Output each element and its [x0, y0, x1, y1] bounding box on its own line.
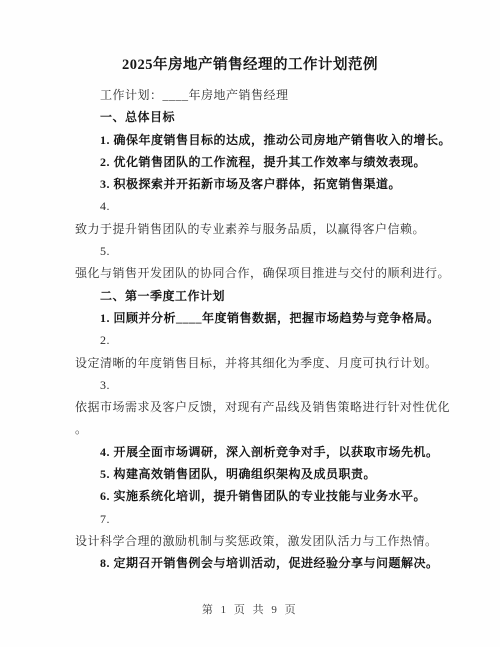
document-line: 4. 开展全面市场调研，深入剖析竞争对手，以获取市场先机。	[75, 441, 425, 463]
document-line: 一、总体目标	[75, 106, 425, 128]
document-line: 2.	[75, 329, 425, 351]
document-line: 强化与销售开发团队的协同合作，确保项目推进与交付的顺利进行。	[75, 262, 425, 284]
document-line: 5. 构建高效销售团队，明确组织架构及成员职责。	[75, 463, 425, 485]
document-body: 工作计划：____年房地产销售经理一、总体目标1. 确保年度销售目标的达成，推动…	[75, 84, 425, 575]
document-line: 1. 确保年度销售目标的达成，推动公司房地产销售收入的增长。	[75, 129, 425, 151]
document-line: 1. 回顾并分析____年度销售数据，把握市场趋势与竞争格局。	[75, 307, 425, 329]
document-line: 2. 优化销售团队的工作流程，提升其工作效率与绩效表现。	[75, 151, 425, 173]
document-line: 致力于提升销售团队的专业素养与服务品质，以赢得客户信赖。	[75, 218, 425, 240]
page-number: 第 1 页 共 9 页	[75, 603, 425, 618]
document-line: 4.	[75, 195, 425, 217]
document-page: 2025年房地产销售经理的工作计划范例 工作计划：____年房地产销售经理一、总…	[0, 0, 500, 647]
document-line: 二、第一季度工作计划	[75, 285, 425, 307]
document-line: 8. 定期召开销售例会与培训活动，促进经验分享与问题解决。	[75, 552, 425, 574]
document-line: 3. 积极探索并开拓新市场及客户群体，拓宽销售渠道。	[75, 173, 425, 195]
document-line: 6. 实施系统化培训，提升销售团队的专业技能与业务水平。	[75, 485, 425, 507]
document-title: 2025年房地产销售经理的工作计划范例	[75, 52, 425, 78]
document-line: 依据市场需求及客户反馈，对现有产品线及销售策略进行针对性优化	[75, 396, 425, 418]
document-line: 设定清晰的年度销售目标，并将其细化为季度、月度可执行计划。	[75, 352, 425, 374]
document-line: 工作计划：____年房地产销售经理	[75, 84, 425, 106]
document-line: 5.	[75, 240, 425, 262]
document-line: 。	[75, 418, 425, 440]
document-line: 3.	[75, 374, 425, 396]
document-line: 7.	[75, 508, 425, 530]
document-line: 设计科学合理的激励机制与奖惩政策，激发团队活力与工作热情。	[75, 530, 425, 552]
